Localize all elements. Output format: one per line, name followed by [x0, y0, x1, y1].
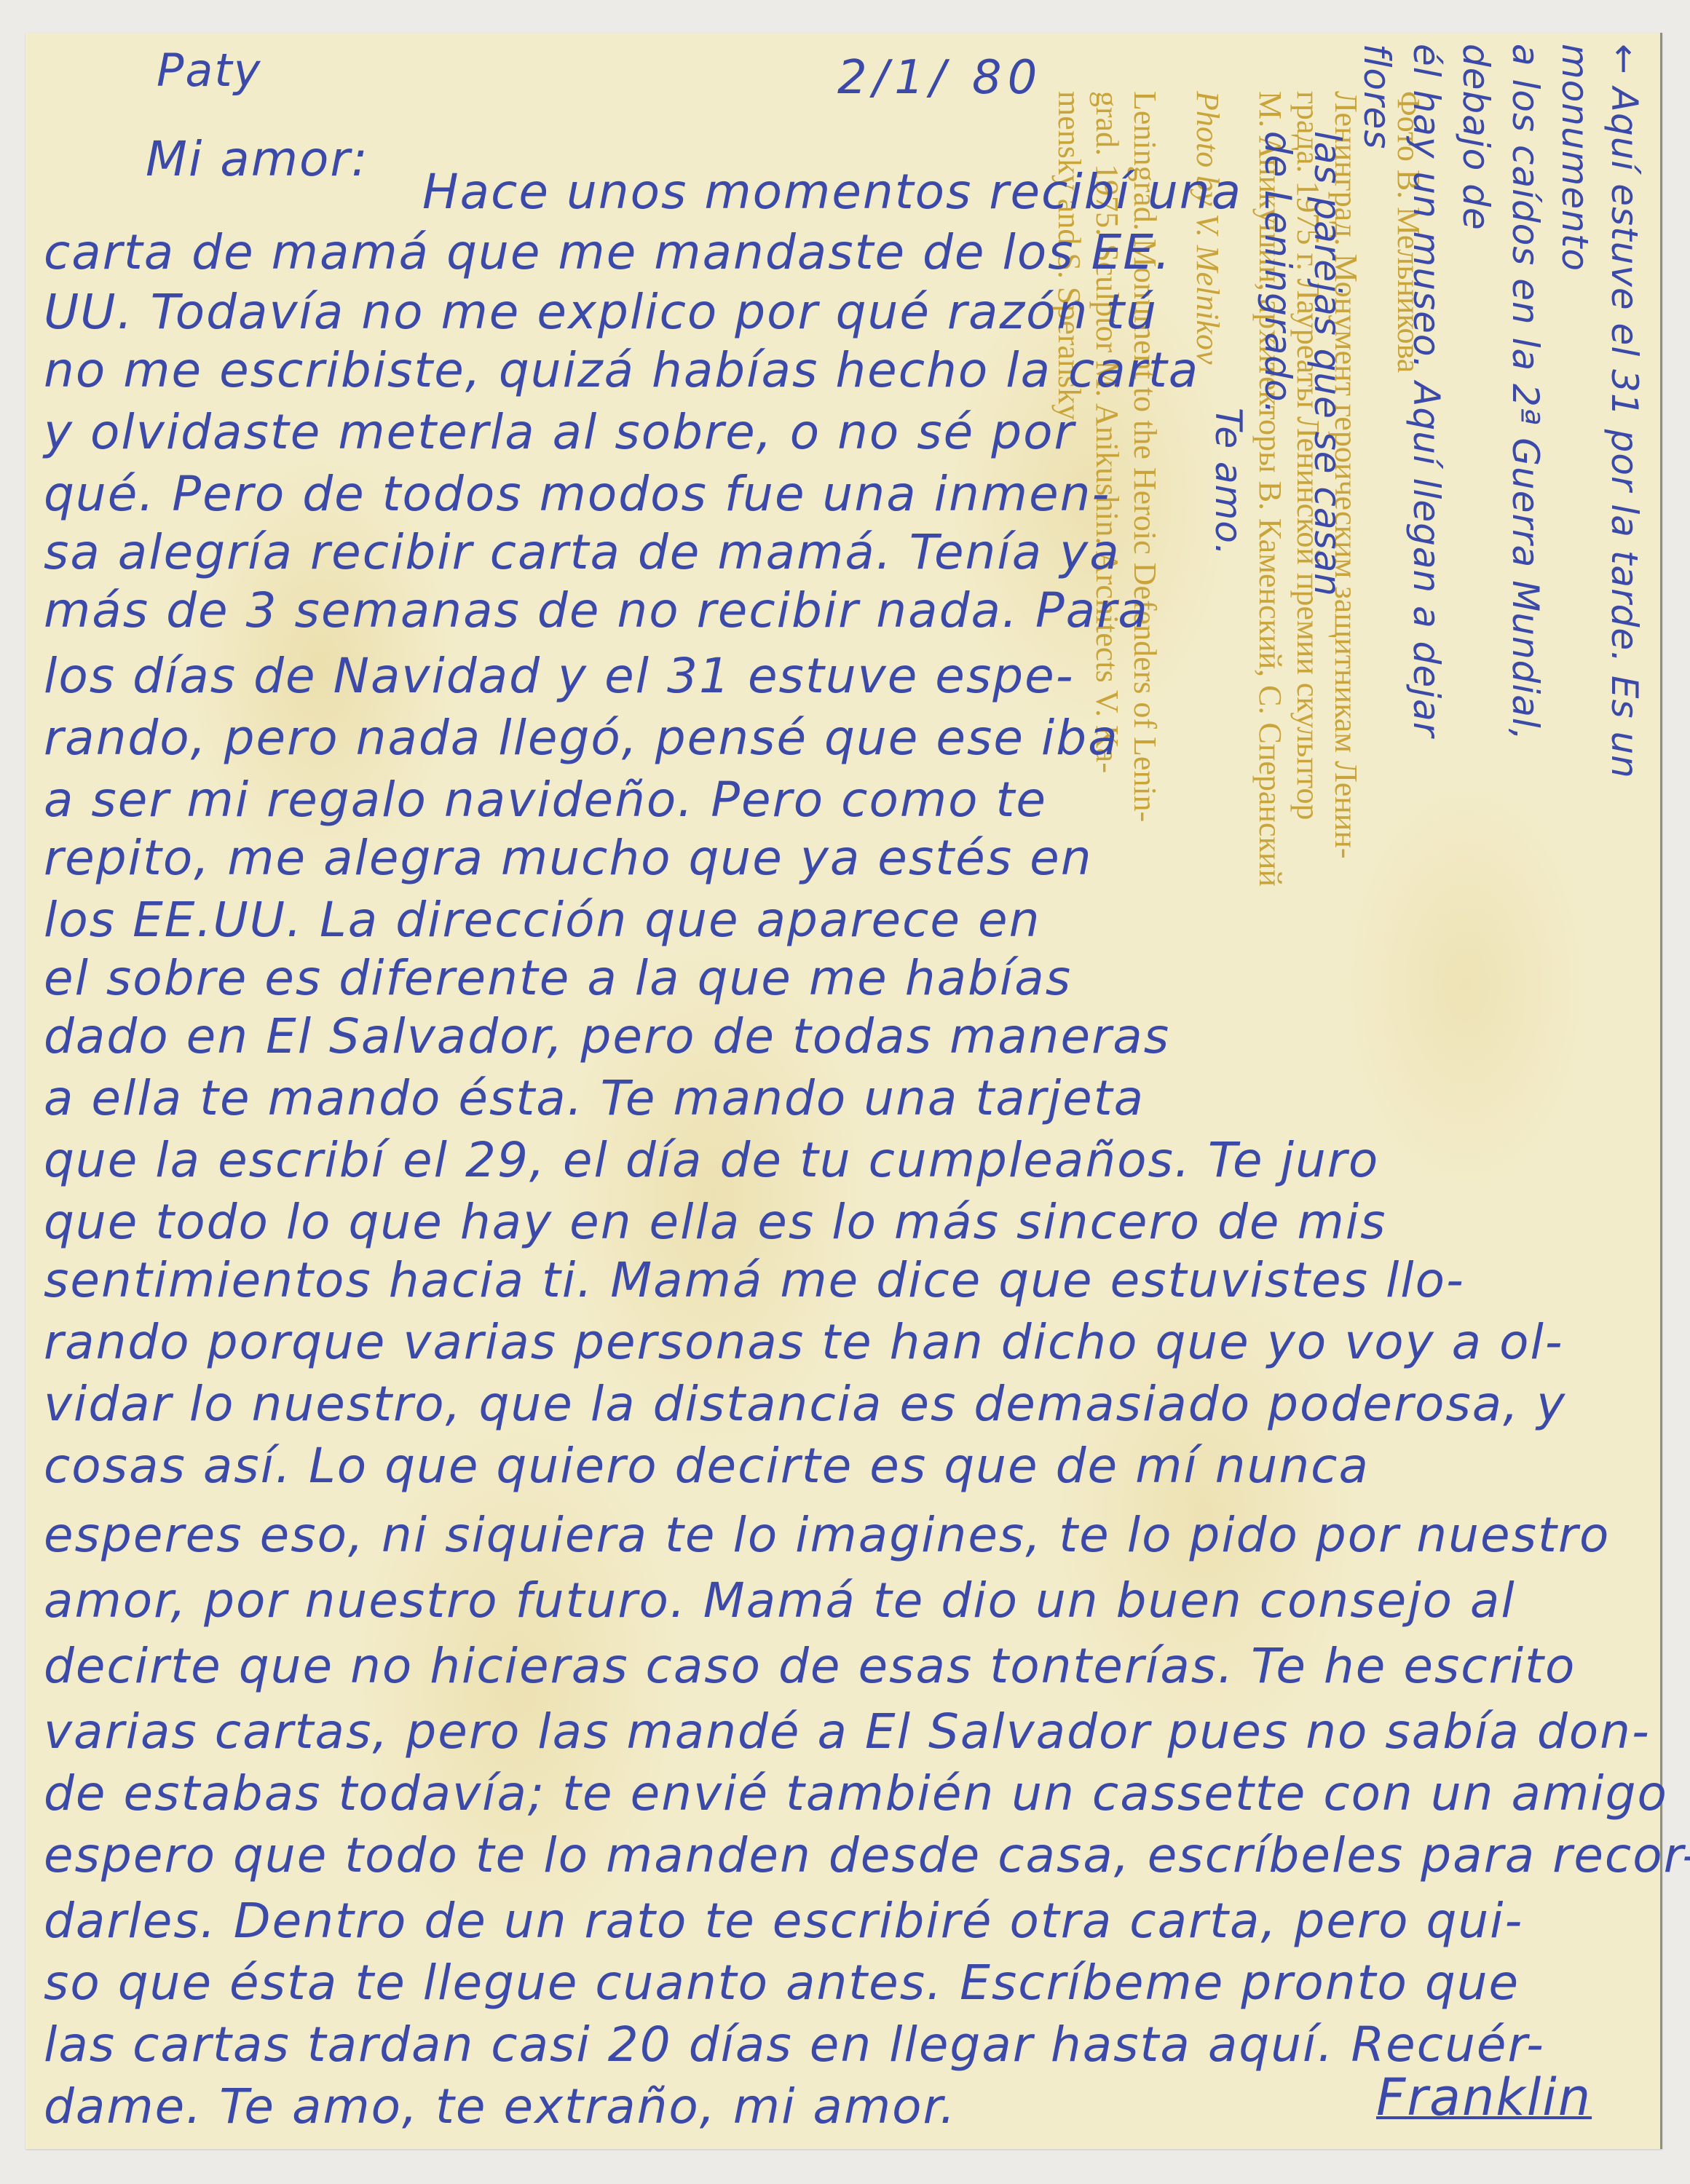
body-line: y olvidaste meterla al sobre, o no sé po…: [44, 404, 1075, 460]
margin-note-line: a los caídos en la 2ª Guerra Mundial, de…: [1451, 44, 1550, 844]
body-line: qué. Pero de todos modos fue una inmen-: [44, 466, 1110, 522]
body-line: amor, por nuestro futuro. Mamá te dio un…: [44, 1572, 1516, 1629]
body-line: Hace unos momentos recibí una: [422, 164, 1242, 220]
body-line: sentimientos hacia ti. Mamá me dice que …: [44, 1252, 1465, 1308]
body-line: vidar lo nuestro, que la distancia es de…: [44, 1376, 1566, 1432]
body-line: darles. Dentro de un rato te escribiré o…: [44, 1893, 1523, 1949]
margin-note-line: él hay un museo. Aquí llegan a dejar flo…: [1352, 44, 1451, 844]
body-line: carta de mamá que me mandaste de los EE.: [44, 224, 1172, 280]
margin-note-line: ← Aquí estuve el 31 por la tarde. Es un …: [1550, 44, 1649, 844]
body-line: los EE.UU. La dirección que aparece en: [44, 892, 1041, 948]
body-line: dame. Te amo, te extraño, mi amor.: [44, 2078, 957, 2134]
body-line: repito, me alegra mucho que ya estés en: [44, 830, 1093, 886]
margin-note-line: de Leningrado.: [1253, 44, 1303, 844]
body-line: so que ésta te llegue cuanto antes. Escr…: [44, 1955, 1520, 2011]
body-line: que la escribí el 29, el día de tu cumpl…: [44, 1132, 1379, 1188]
body-line: los días de Navidad y el 31 estuve espe-: [44, 648, 1075, 704]
salutation: Mi amor:: [146, 131, 369, 187]
body-line: que todo lo que hay en ella es lo más si…: [44, 1194, 1386, 1250]
body-line: rando, pero nada llegó, pensé que ese ib…: [44, 710, 1119, 766]
body-line: más de 3 semanas de no recibir nada. Par…: [44, 582, 1149, 638]
body-line: de estabas todavía; te envié también un …: [44, 1765, 1668, 1821]
body-line: varias cartas, pero las mandé a El Salva…: [44, 1704, 1651, 1760]
margin-note: ← Aquí estuve el 31 por la tarde. Es un …: [1322, 44, 1649, 844]
body-line: no me escribiste, quizá habías hecho la …: [44, 342, 1199, 398]
signature: Franklin: [1376, 2068, 1592, 2127]
body-line: UU. Todavía no me explico por qué razón …: [44, 284, 1158, 340]
body-line: esperes eso, ni siquiera te lo imagines,…: [44, 1507, 1610, 1563]
body-line: el sobre es diferente a la que me habías: [44, 950, 1072, 1006]
body-line: rando porque varias personas te han dich…: [44, 1314, 1564, 1370]
body-line: las cartas tardan casi 20 días en llegar…: [44, 2017, 1545, 2073]
date: 2/1/ 80: [837, 51, 1043, 105]
body-line: decirte que no hicieras caso de esas ton…: [44, 1638, 1576, 1694]
body-line: a ella te mando ésta. Te mando una tarje…: [44, 1070, 1145, 1126]
body-line: cosas así. Lo que quiero decirte es que …: [44, 1438, 1370, 1494]
body-line: dado en El Salvador, pero de todas maner…: [44, 1008, 1170, 1064]
body-line: a ser mi regalo navideño. Pero como te: [44, 772, 1047, 828]
margin-note-line: las parejas que se casan: [1303, 44, 1352, 844]
body-line: sa alegría recibir carta de mamá. Tenía …: [44, 524, 1121, 580]
top-left-note: Paty: [157, 44, 261, 97]
body-line: espero que todo te lo manden desde casa,…: [44, 1827, 1690, 1883]
